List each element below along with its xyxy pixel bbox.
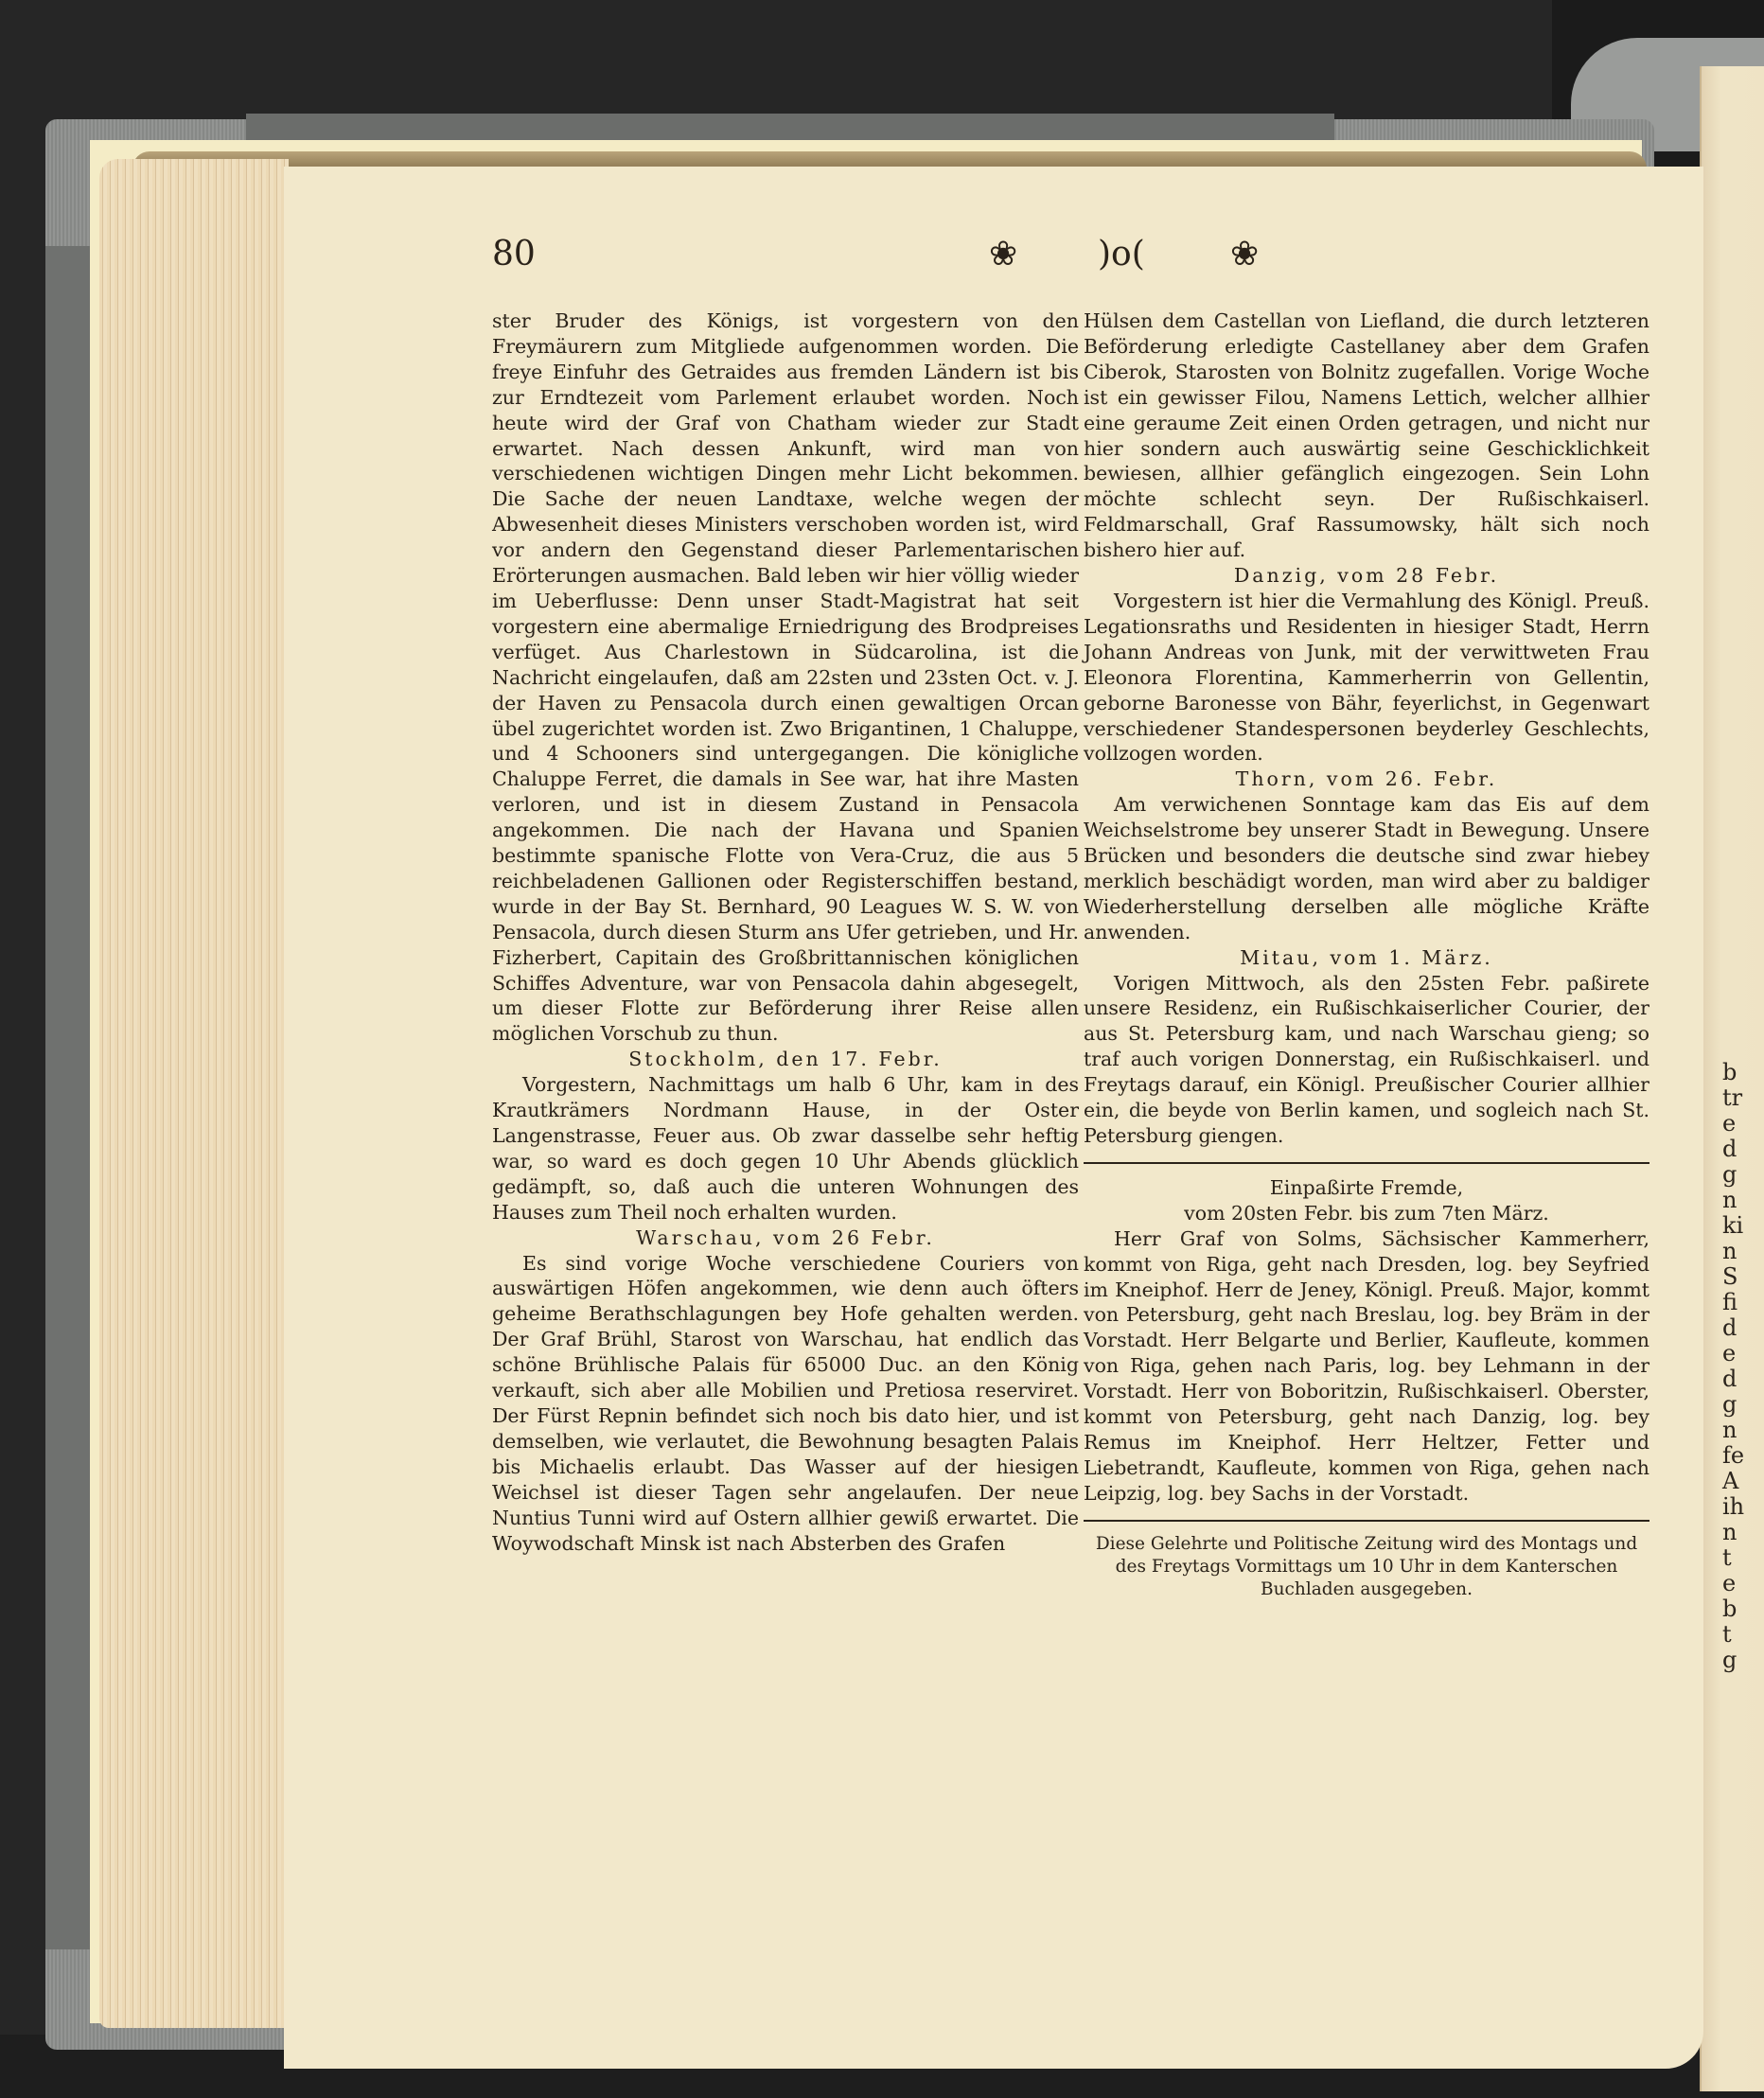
- facing-page-fragment: d: [1722, 1137, 1737, 1162]
- header-center-ornament: )o(: [1098, 235, 1145, 273]
- facing-page-fragment: fi: [1722, 1290, 1738, 1315]
- facing-page-fragment: g: [1722, 1648, 1737, 1673]
- facing-page-fragment: b: [1722, 1060, 1737, 1085]
- right-column: Hülsen dem Castellan von Liefland, die d…: [1084, 309, 1649, 1601]
- facing-page-fragment: g: [1722, 1392, 1737, 1418]
- facing-page-fragment: n: [1722, 1520, 1737, 1545]
- facing-page-fragment: tr: [1722, 1085, 1742, 1111]
- dateline-thorn: Thorn, vom 26. Febr.: [1084, 767, 1649, 792]
- facing-page-fragment: A: [1722, 1469, 1738, 1494]
- dateline-danzig: Danzig, vom 28 Febr.: [1084, 563, 1649, 589]
- facing-page-fragment: ih: [1722, 1494, 1744, 1520]
- dateline-mitau: Mitau, vom 1. März.: [1084, 945, 1649, 971]
- article-london-continued: ster Bruder des Königs, ist vorgestern v…: [492, 309, 1079, 1047]
- book-cover-top-shadow: [246, 114, 1334, 142]
- facing-page-fragment: g: [1722, 1162, 1737, 1188]
- facing-page-fragment: e: [1722, 1111, 1736, 1137]
- facing-page-fragment: n: [1722, 1239, 1737, 1264]
- facing-page-fragment: S: [1722, 1264, 1738, 1290]
- section-divider: [1084, 1162, 1649, 1164]
- article-warschau: Es sind vorige Woche verschiedene Courie…: [492, 1251, 1079, 1557]
- arrivals-list: Herr Graf von Solms, Sächsischer Kammerh…: [1084, 1226, 1649, 1507]
- article-mitau: Vorigen Mittwoch, als den 25sten Febr. p…: [1084, 971, 1649, 1149]
- facing-page-fragment: d: [1722, 1366, 1737, 1392]
- shell-ornament-icon: ❀: [1230, 235, 1259, 273]
- page-stack-edges: [99, 159, 289, 2028]
- facing-page-edge: btredgnkinSfidedgnfeAihntebtg: [1700, 66, 1764, 2091]
- section-subtitle-arrivals: vom 20sten Febr. bis zum 7ten März.: [1084, 1201, 1649, 1226]
- facing-page-fragment: n: [1722, 1188, 1737, 1213]
- facing-page-fragment: t: [1722, 1545, 1732, 1571]
- footer-divider: [1084, 1520, 1649, 1522]
- page-header: 80 ❀ )o( ❀: [492, 235, 1580, 282]
- dateline-warschau: Warschau, vom 26 Febr.: [492, 1225, 1079, 1251]
- shell-ornament-icon: ❀: [989, 235, 1017, 273]
- facing-page-fragment: b: [1722, 1596, 1737, 1622]
- section-title-arrivals: Einpaßirte Fremde,: [1084, 1175, 1649, 1201]
- left-column: ster Bruder des Königs, ist vorgestern v…: [492, 309, 1079, 1556]
- facing-page-fragment: fe: [1722, 1443, 1744, 1469]
- book-spine-shadow: [45, 246, 91, 1949]
- facing-page-fragment: d: [1722, 1315, 1737, 1341]
- page-number: 80: [492, 235, 536, 273]
- article-stockholm: Vorgestern, Nachmittags um halb 6 Uhr, k…: [492, 1072, 1079, 1225]
- facing-page-fragment: t: [1722, 1622, 1732, 1648]
- facing-page-fragment: e: [1722, 1571, 1736, 1596]
- article-danzig: Vorgestern ist hier die Vermahlung des K…: [1084, 589, 1649, 767]
- facing-page-fragment: n: [1722, 1418, 1737, 1443]
- publication-note: Diese Gelehrte und Politische Zeitung wi…: [1084, 1533, 1649, 1601]
- facing-page-fragment: ki: [1722, 1213, 1743, 1239]
- article-thorn: Am verwichenen Sonntage kam das Eis auf …: [1084, 792, 1649, 944]
- facing-page-fragment: e: [1722, 1341, 1736, 1366]
- article-warschau-continued: Hülsen dem Castellan von Liefland, die d…: [1084, 309, 1649, 563]
- dateline-stockholm: Stockholm, den 17. Febr.: [492, 1047, 1079, 1072]
